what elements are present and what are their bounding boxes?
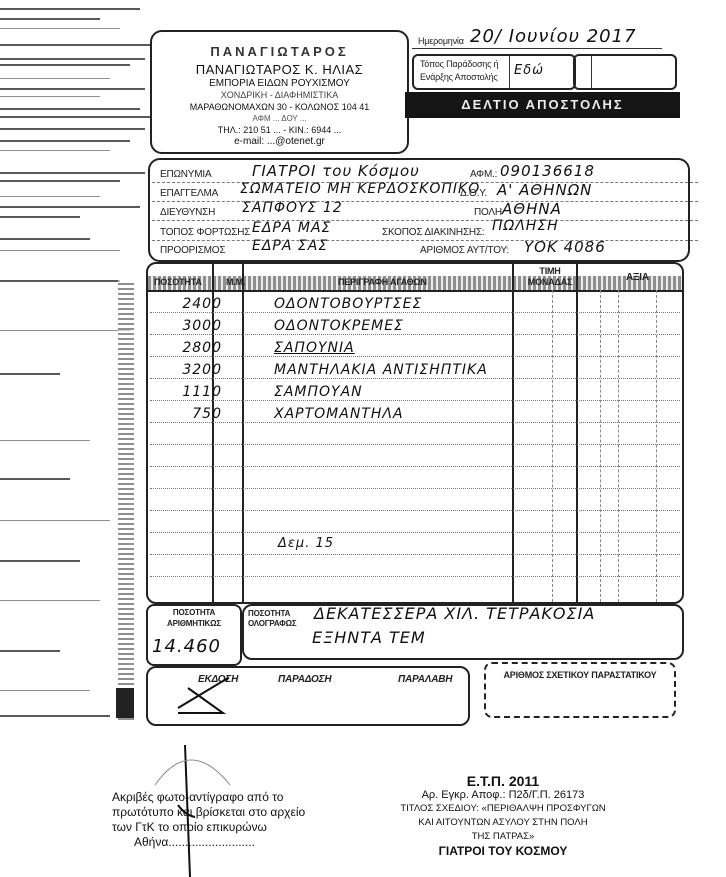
row-qty: 3200 [162,362,222,378]
row-qty: 1110 [162,384,222,400]
issuer-box: ΠΑΝΑΓΙΩΤΑΡΟΣ ΠΑΝΑΓΙΩΤΑΡΟΣ Κ. ΗΛΙΑΣ ΕΜΠΟΡ… [150,30,409,154]
issuer-name: ΠΑΝΑΓΙΩΤΑΡΟΣ Κ. ΗΛΙΑΣ [152,62,407,77]
approval-number: Αρ. Εγκρ. Αποφ.: Π2δ/Γ.Π. 26173 [388,788,618,802]
project-title-3: ΤΗΣ ΠΑΤΡΑΣ» [388,830,618,844]
signatures-box: ΕΚΔΟΣΗ ΠΑΡΑΔΟΣΗ ΠΑΡΑΛΑΒΗ [146,666,470,726]
certification-line: Ακριβές φωτο-αντίγραφο από το [112,790,305,805]
qty-words-box: ΠΟΣΟΤΗΤΑ ΟΛΟΓΡΑΦΩΣ ΔΕΚΑΤΕΣΣΕΡΑ ΧΙΛ. ΤΕΤΡ… [242,604,684,660]
row-desc: ΜΑΝΤΗΛΑΚΙΑ ΑΝΤΙΣΗΠΤΙΚΑ [274,362,488,378]
row-qty: 750 [162,406,222,422]
table-rule [150,444,680,445]
city-label: ΠΟΛΗ [474,207,502,218]
table-rule [150,466,680,467]
table-row: 2400ΟΔΟΝΤΟΒΟΥΡΤΣΕΣ [150,296,680,316]
field-destination-label: ΠΡΟΟΡΙΣΜΟΣ [160,245,225,256]
field-profession-row: ΕΠΑΓΓΕΛΜΑ ΣΩΜΑΤΕΙΟ ΜΗ ΚΕΡΔΟΣΚΟΠΙΚΟ Δ.Ο.Υ… [152,183,698,202]
issuer-line3: ΧΟΝΔΡΙΚΗ - ΔΙΑΦΗΜΙΣΤΙΚΑ [152,90,407,100]
purpose-label: ΣΚΟΠΟΣ ΔΙΑΚΙΝΗΣΗΣ: [382,227,485,238]
place-box: Τόπος Παράδοσης ή Ενάρξης Αποστολής Εδώ [412,54,576,90]
table-rule [150,488,680,489]
qty-words-value-2: ΕΞΗΝΤΑ ΤΕΜ [312,628,426,647]
doy-label: Δ.Ο.Υ. [460,188,487,199]
issuer-tax-line: ΑΦΜ ... ΔΟΥ ... [152,114,407,123]
project-title: ΤΙΤΛΟΣ ΣΧΕΔΙΟΥ: «ΠΕΡΙΘΑΛΨΗ ΠΡΟΣΦΥΓΩΝ [388,802,618,816]
issuer-email: e-mail: ...@otenet.gr [152,136,407,147]
qty-numeric-box: ΠΟΣΟΤΗΤΑ ΑΡΙΘΜΗΤΙΚΩΣ 14.460 [146,604,242,666]
delivery-label: ΠΑΡΑΔΟΣΗ [278,674,331,685]
project-stamp: Ε.Τ.Π. 2011 Αρ. Εγκρ. Αποφ.: Π2δ/Γ.Π. 26… [388,774,618,858]
field-destination-row: ΠΡΟΟΡΙΣΜΟΣ ΕΔΡΑ ΣΑΣ ΑΡΙΘΜΟΣ ΑΥΤ/ΤΟΥ: ΥΟΚ… [152,240,698,258]
table-row: 3000ΟΔΟΝΤΟΚΡΕΜΕΣ [150,318,680,338]
row-desc: ΣΑΜΠΟΥΑΝ [274,384,363,400]
organization-name: ΓΙΑΤΡΟΙ ΤΟΥ ΚΟΣΜΟΥ [388,844,618,858]
certification-place-date: Αθήνα.......................... [112,835,305,850]
row-qty: 2800 [162,340,222,356]
qty-numeric-label: ΠΟΣΟΤΗΤΑ [148,608,240,617]
issuer-logo: ΠΑΝΑΓΙΩΤΑΡΟΣ [152,44,407,59]
qty-numeric-label-2: ΑΡΙΘΜΗΤΙΚΩΣ [148,619,240,628]
field-address-label: ΔΙΕΥΘΥΝΣΗ [160,207,215,218]
col-desc-header: ΠΕΡΙΓΡΑΦΗ ΑΓΑΘΩΝ [338,277,427,287]
qty-numeric-value: 14.460 [152,636,221,657]
series-box [573,54,677,90]
certification-line: πρωτότυπο και βρίσκεται στο αρχείο [112,805,305,820]
table-rule [150,554,680,555]
field-loading-row: ΤΟΠΟΣ ΦΟΡΤΩΣΗΣ ΕΔΡΑ ΜΑΣ ΣΚΟΠΟΣ ΔΙΑΚΙΝΗΣΗ… [152,222,698,241]
row-desc: ΧΑΡΤΟΜΑΝΤΗΛΑ [274,406,404,422]
table-row: 2800ΣΑΠΟΥΝΙΑ [150,340,680,360]
field-destination-value: ΕΔΡΑ ΣΑΣ [252,238,328,254]
field-loading-value: ΕΔΡΑ ΜΑΣ [252,220,331,236]
packages-note: Δεμ. 15 [278,536,334,551]
project-title-2: ΚΑΙ ΑΙΤΟΥΝΤΩΝ ΑΣΥΛΟΥ ΣΤΗΝ ΠΟΛΗ [388,816,618,830]
doy-value: Α' ΑΘΗΝΩΝ [497,181,592,199]
side-print-strip [118,280,134,720]
table-rule [150,576,680,577]
col-value-header: ΑΞΙΑ [626,272,649,283]
doc-title: ΔΕΛΤΙΟ ΑΠΟΣΤΟΛΗΣ [405,97,680,112]
date-label: Ημερομηνία [418,36,464,46]
doc-title-banner: ΔΕΛΤΙΟ ΑΠΟΣΤΟΛΗΣ [405,92,680,118]
project-code: Ε.Τ.Π. 2011 [388,774,618,788]
receipt-label: ΠΑΡΑΛΑΒΗ [398,674,452,685]
table-row: 1110ΣΑΜΠΟΥΑΝ [150,384,680,404]
field-loading-label: ΤΟΠΟΣ ΦΟΡΤΩΣΗΣ [160,227,250,238]
row-qty: 2400 [162,296,222,312]
qty-words-label-2: ΟΛΟΓΡΑΦΩΣ [248,619,296,628]
field-profession-label: ΕΠΑΓΓΕΛΜΑ [160,188,218,199]
qty-words-value: ΔΕΚΑΤΕΣΣΕΡΑ ΧΙΛ. ΤΕΤΡΑΚΟΣΙΑ [314,604,595,623]
vehicle-value: ΥΟΚ 4086 [524,238,606,256]
related-doc-label: ΑΡΙΘΜΟΣ ΣΧΕΤΙΚΟΥ ΠΑΡΑΣΤΑΤΙΚΟΥ [486,670,674,680]
field-profession-value: ΣΩΜΑΤΕΙΟ ΜΗ ΚΕΡΔΟΣΚΟΠΙΚΟ [240,181,480,197]
row-desc: ΟΔΟΝΤΟΚΡΕΜΕΣ [274,318,404,334]
row-desc: ΣΑΠΟΥΝΙΑ [274,340,355,356]
table-rule [150,510,680,511]
col-price-header: ΤΙΜΗ ΜΟΝΑΔΑΣ [522,266,578,288]
issuer-phone: ΤΗΛ.: 210 51 ... - ΚΙΝ.: 6944 ... [152,125,407,135]
certification-line: των ΓτΚ το οποίο επικυρώνω [112,820,305,835]
issuer-address: ΜΑΡΑΘΩΝΟΜΑΧΩΝ 30 - ΚΟΛΩΝΟΣ 104 41 [152,102,407,112]
city-value: ΑΘΗΝΑ [502,200,562,218]
vehicle-label: ΑΡΙΘΜΟΣ ΑΥΤ/ΤΟΥ: [420,245,509,256]
qty-words-label: ΠΟΣΟΤΗΤΑ [248,609,290,618]
printer-logo [116,688,134,718]
related-doc-box: ΑΡΙΘΜΟΣ ΣΧΕΤΙΚΟΥ ΠΑΡΑΣΤΑΤΙΚΟΥ [484,662,676,718]
table-row: 750ΧΑΡΤΟΜΑΝΤΗΛΑ [150,406,680,426]
certification-text: Ακριβές φωτο-αντίγραφο από το πρωτότυπο … [112,790,305,850]
field-address-row: ΔΙΕΥΘΥΝΣΗ ΣΑΠΦΟΥΣ 12 ΠΟΛΗ ΑΘΗΝΑ [152,202,698,221]
row-desc: ΟΔΟΝΤΟΒΟΥΡΤΣΕΣ [274,296,422,312]
afm-value: 090136618 [500,162,595,180]
afm-label: ΑΦΜ.: [470,169,497,180]
place-label-2: Ενάρξης Αποστολής [420,72,498,82]
field-name-value: ΓΙΑΤΡΟΙ του Κόσμου [252,162,420,180]
table-rule [150,532,680,533]
place-value: Εδώ [514,63,544,78]
purpose-value: ΠΩΛΗΣΗ [492,218,559,234]
field-name-label: ΕΠΩΝΥΜΙΑ [160,169,211,180]
issuer-business: ΕΜΠΟΡΙΑ ΕΙΔΩΝ ΡΟΥΧΙΣΜΟΥ [152,78,407,89]
place-label: Τόπος Παράδοσης ή [420,59,498,69]
row-qty: 3000 [162,318,222,334]
table-row: 3200ΜΑΝΤΗΛΑΚΙΑ ΑΝΤΙΣΗΠΤΙΚΑ [150,362,680,382]
field-address-value: ΣΑΠΦΟΥΣ 12 [242,200,343,216]
col-qty-header: ΠΟΣΟΤΗΤΑ [154,277,202,287]
date-value: 20/ Ιουνίου 2017 [470,26,637,47]
issuer-signature [168,658,248,728]
